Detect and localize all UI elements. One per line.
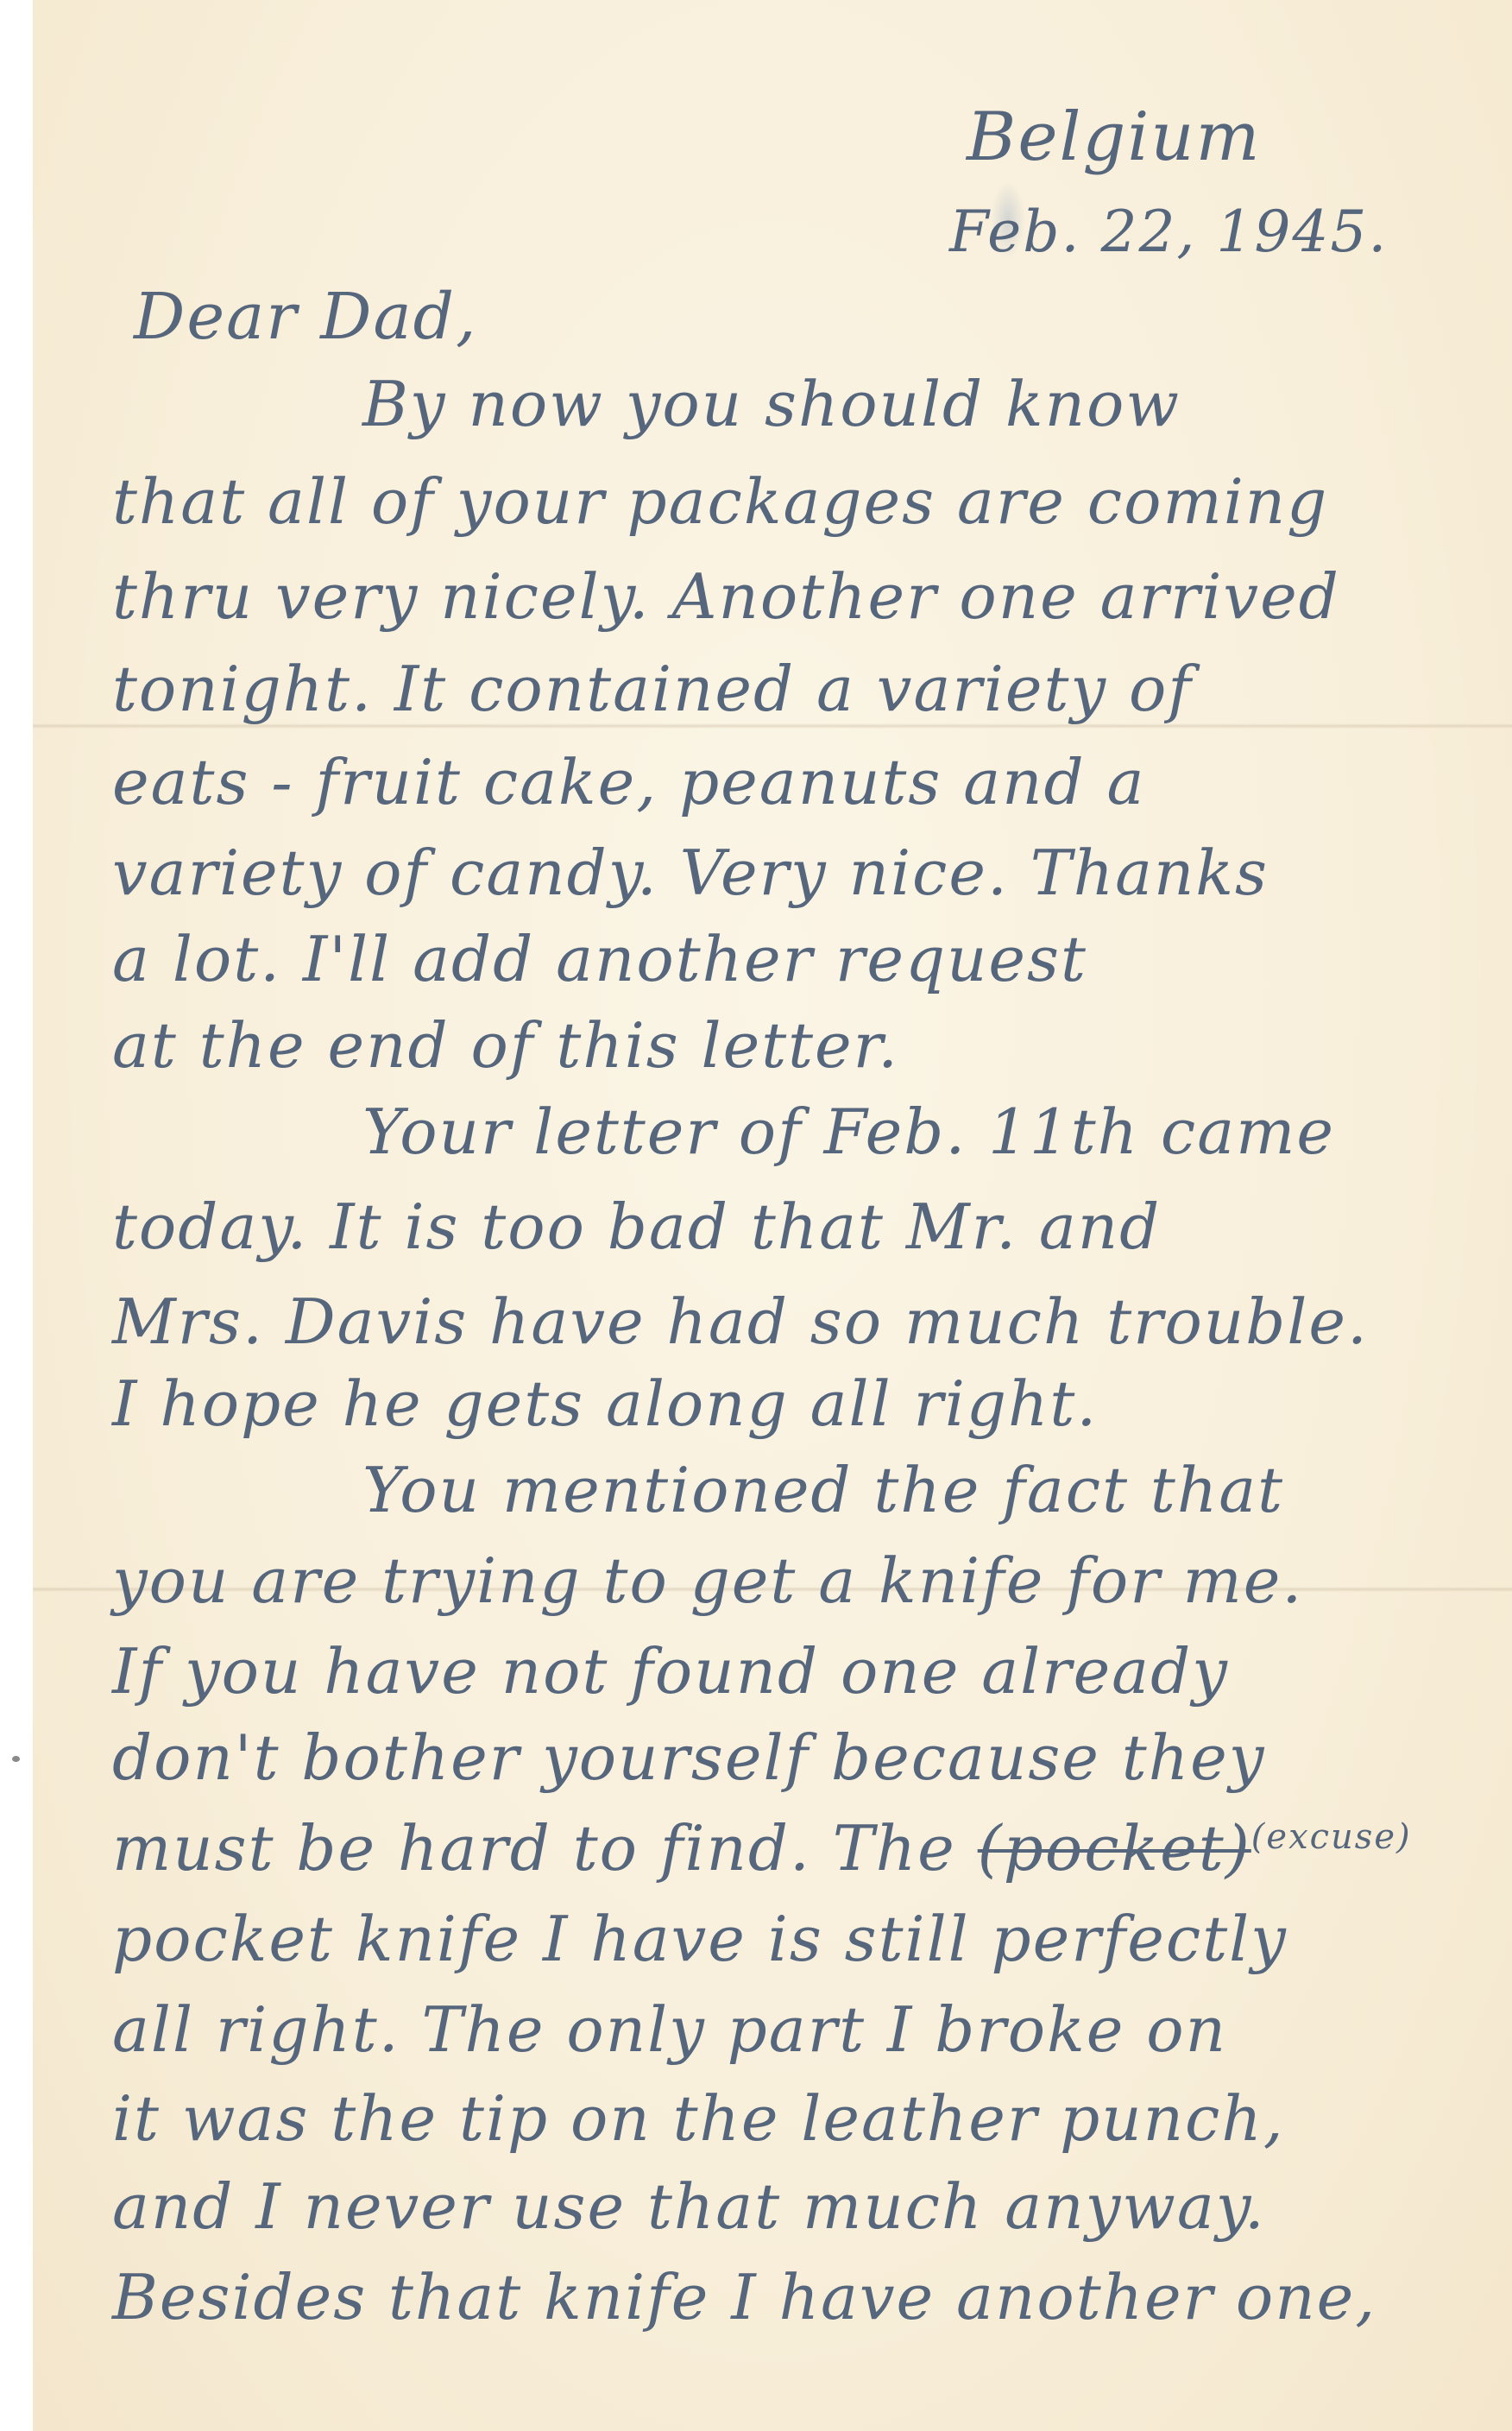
letter-line: today. It is too bad that Mr. and [112, 1196, 1161, 1258]
letter-line: you are trying to get a knife for me. [112, 1550, 1303, 1612]
letter-line: variety of candy. Very nice. Thanks [112, 842, 1269, 904]
stray-mark [12, 1756, 20, 1762]
correction-note: (excuse) [1251, 1817, 1412, 1857]
letter-line: tonight. It contained a variety of [112, 658, 1193, 720]
letter-line: Mrs. Davis have had so much trouble. [112, 1291, 1369, 1353]
letter-line: Besides that knife I have another one, [112, 2266, 1377, 2328]
letter-line: I hope he gets along all right. [112, 1373, 1098, 1435]
letter-line-text: must be hard to find. The [112, 1812, 978, 1885]
letter-greeting: Dear Dad, [134, 285, 477, 349]
letter-line: don't bother yourself because they [112, 1727, 1265, 1789]
letter-line: eats - fruit cake, peanuts and a [112, 751, 1145, 813]
letter-line: that all of your packages are coming [112, 470, 1328, 533]
letter-line: all right. The only part I broke on [112, 1998, 1227, 2061]
letter-place: Belgium [967, 104, 1262, 171]
letter-line: it was the tip on the leather punch, [112, 2087, 1285, 2150]
letter-line: If you have not found one already [112, 1640, 1229, 1702]
letter-line: You mentioned the fact that [362, 1459, 1284, 1521]
letter-line: a lot. I'll add another request [112, 928, 1087, 990]
letter-line: at the end of this letter. [112, 1014, 899, 1077]
struck-word: (pocket) [978, 1812, 1251, 1885]
letter-line-with-correction: must be hard to find. The (pocket)(excus… [112, 1817, 1412, 1879]
letter-line: pocket knife I have is still perfectly [112, 1908, 1288, 1970]
letter-line: By now you should know [362, 373, 1181, 435]
letter-line: Your letter of Feb. 11th came [362, 1101, 1335, 1163]
letter-date: Feb. 22, 1945. [949, 204, 1388, 261]
letter-line: thru very nicely. Another one arrived [112, 565, 1340, 628]
letter-line: and I never use that much anyway. [112, 2175, 1266, 2238]
